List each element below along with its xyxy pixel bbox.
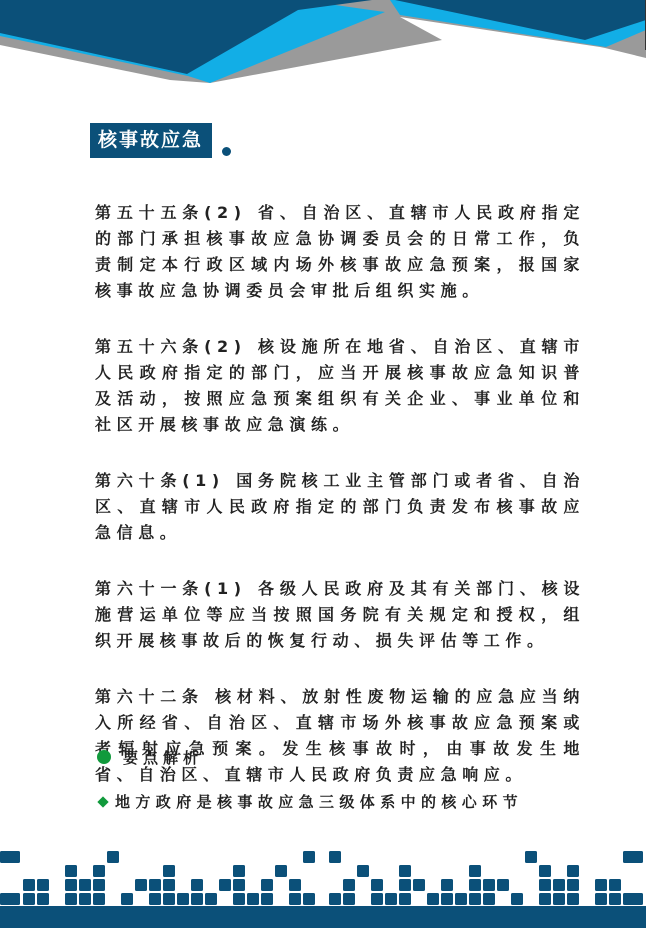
green-diamond-bullet-icon [97,796,108,807]
key-points: 要点解析 地方政府是核事故应急三级体系中的核心环节 [97,745,587,812]
green-circle-bullet-icon [97,750,111,764]
key-points-heading: 要点解析 [97,745,587,769]
key-point-text: 地方政府是核事故应急三级体系中的核心环节 [115,791,523,812]
title-dot-icon [222,147,231,156]
article-55: 第五十五条(2) 省、自治区、直辖市人民政府指定的部门承担核事故应急协调委员会的… [95,200,585,304]
key-points-heading-text: 要点解析 [123,747,203,768]
articles-list: 第五十五条(2) 省、自治区、直辖市人民政府指定的部门承担核事故应急协调委员会的… [95,200,585,818]
article-56: 第五十六条(2) 核设施所在地省、自治区、直辖市人民政府指定的部门，应当开展核事… [95,334,585,438]
article-61: 第六十一条(1) 各级人民政府及其有关部门、核设施营运单位等应当按照国务院有关规… [95,576,585,654]
section-title: 核事故应急 [90,123,212,158]
article-60: 第六十条(1) 国务院核工业主管部门或者省、自治区、直辖市人民政府指定的部门负责… [95,468,585,546]
footer-pixel-blocks-graphic [0,845,646,928]
key-point-item: 地方政府是核事故应急三级体系中的核心环节 [97,791,587,812]
header-banner-graphic [0,0,646,90]
